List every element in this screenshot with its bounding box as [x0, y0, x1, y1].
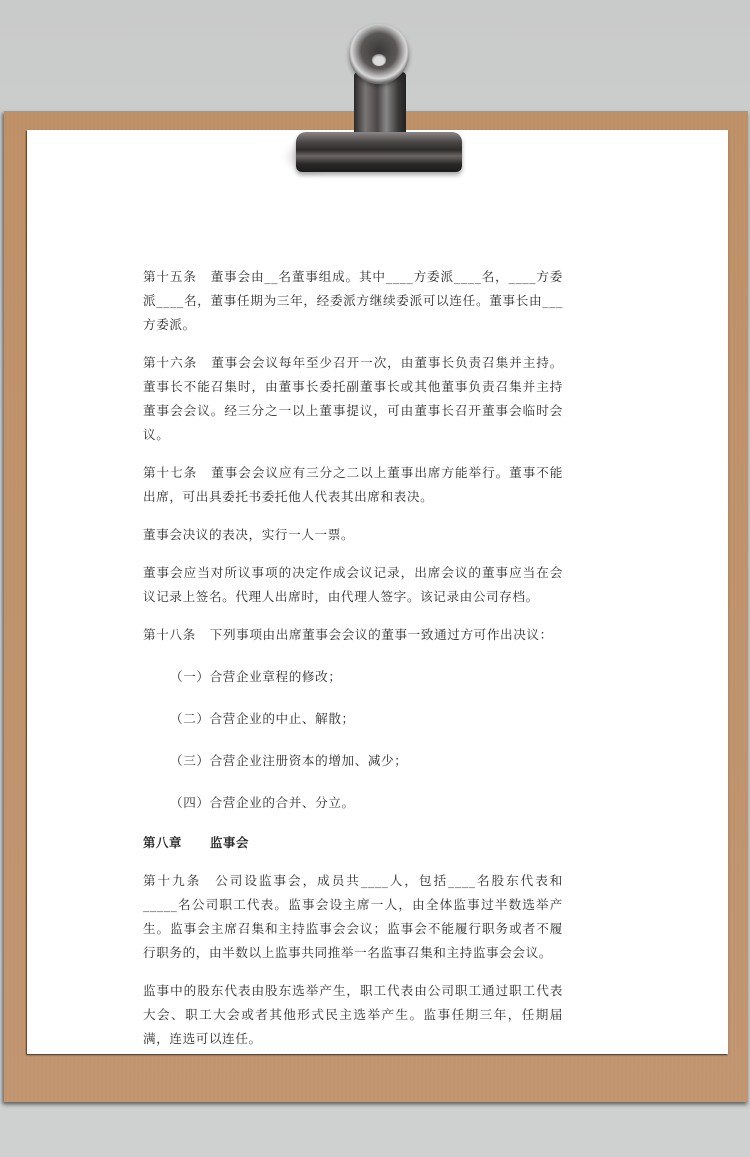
- paragraph-voting: 董事会决议的表决，实行一人一票。: [143, 523, 563, 547]
- article-17: 第十七条董事会会议应有三分之二以上董事出席方能举行。董事不能出席，可出具委托书委…: [143, 461, 563, 509]
- list-item: （三）合营企业注册资本的增加、减少；: [143, 749, 563, 773]
- article-text: 董事会会议应有三分之二以上董事出席方能举行。董事不能出席，可出具委托书委托他人代…: [143, 465, 563, 504]
- article-19: 第十九条公司设监事会，成员共____人，包括____名股东代表和_____名公司…: [143, 869, 563, 965]
- paragraph-text: 监事中的股东代表由股东选举产生，职工代表由公司职工通过职工代表大会、职工大会或者…: [143, 983, 563, 1046]
- article-15: 第十五条董事会由__名董事组成。其中____方委派____名，____方委派__…: [143, 265, 563, 337]
- list-item: （二）合营企业的中止、解散；: [143, 707, 563, 731]
- article-text: 董事会会议每年至少召开一次，由董事长负责召集并主持。董事长不能召集时，由董事长委…: [143, 355, 563, 442]
- article-18: 第十八条下列事项由出席董事会会议的董事一致通过方可作出决议：: [143, 623, 563, 647]
- article-number: 第十六条: [143, 355, 197, 370]
- paragraph-minutes: 董事会应当对所议事项的决定作成会议记录，出席会议的董事应当在会议记录上签名。代理…: [143, 561, 563, 609]
- article-number: 第十八条: [143, 627, 196, 642]
- article-number: 第十五条: [143, 269, 197, 284]
- chapter-title: 监事会: [210, 835, 249, 850]
- chapter-number: 第八章: [143, 835, 182, 850]
- article-text: 公司设监事会，成员共____人，包括____名股东代表和_____名公司职工代表…: [143, 873, 563, 960]
- paragraph-supervisors: 监事中的股东代表由股东选举产生，职工代表由公司职工通过职工代表大会、职工大会或者…: [143, 979, 563, 1051]
- chapter-heading: 第八章监事会: [143, 831, 563, 855]
- clip-base: [296, 132, 462, 172]
- list-item: （一）合营企业章程的修改；: [143, 665, 563, 689]
- paragraph-text: 董事会应当对所议事项的决定作成会议记录，出席会议的董事应当在会议记录上签名。代理…: [143, 565, 563, 604]
- list-item: （四）合营企业的合并、分立。: [143, 791, 563, 815]
- article-number: 第十七条: [143, 465, 197, 480]
- article-16: 第十六条董事会会议每年至少召开一次，由董事长负责召集并主持。董事长不能召集时，由…: [143, 351, 563, 447]
- binder-clip: [296, 24, 466, 172]
- article-number: 第十九条: [143, 873, 201, 888]
- article-text: 董事会由__名董事组成。其中____方委派____名，____方委派____名，…: [143, 269, 563, 332]
- document-body: 第十五条董事会由__名董事组成。其中____方委派____名，____方委派__…: [143, 265, 563, 1065]
- paragraph-text: 董事会决议的表决，实行一人一票。: [143, 527, 354, 542]
- clip-hole: [372, 54, 386, 66]
- article-text: 下列事项由出席董事会会议的董事一致通过方可作出决议：: [210, 627, 553, 642]
